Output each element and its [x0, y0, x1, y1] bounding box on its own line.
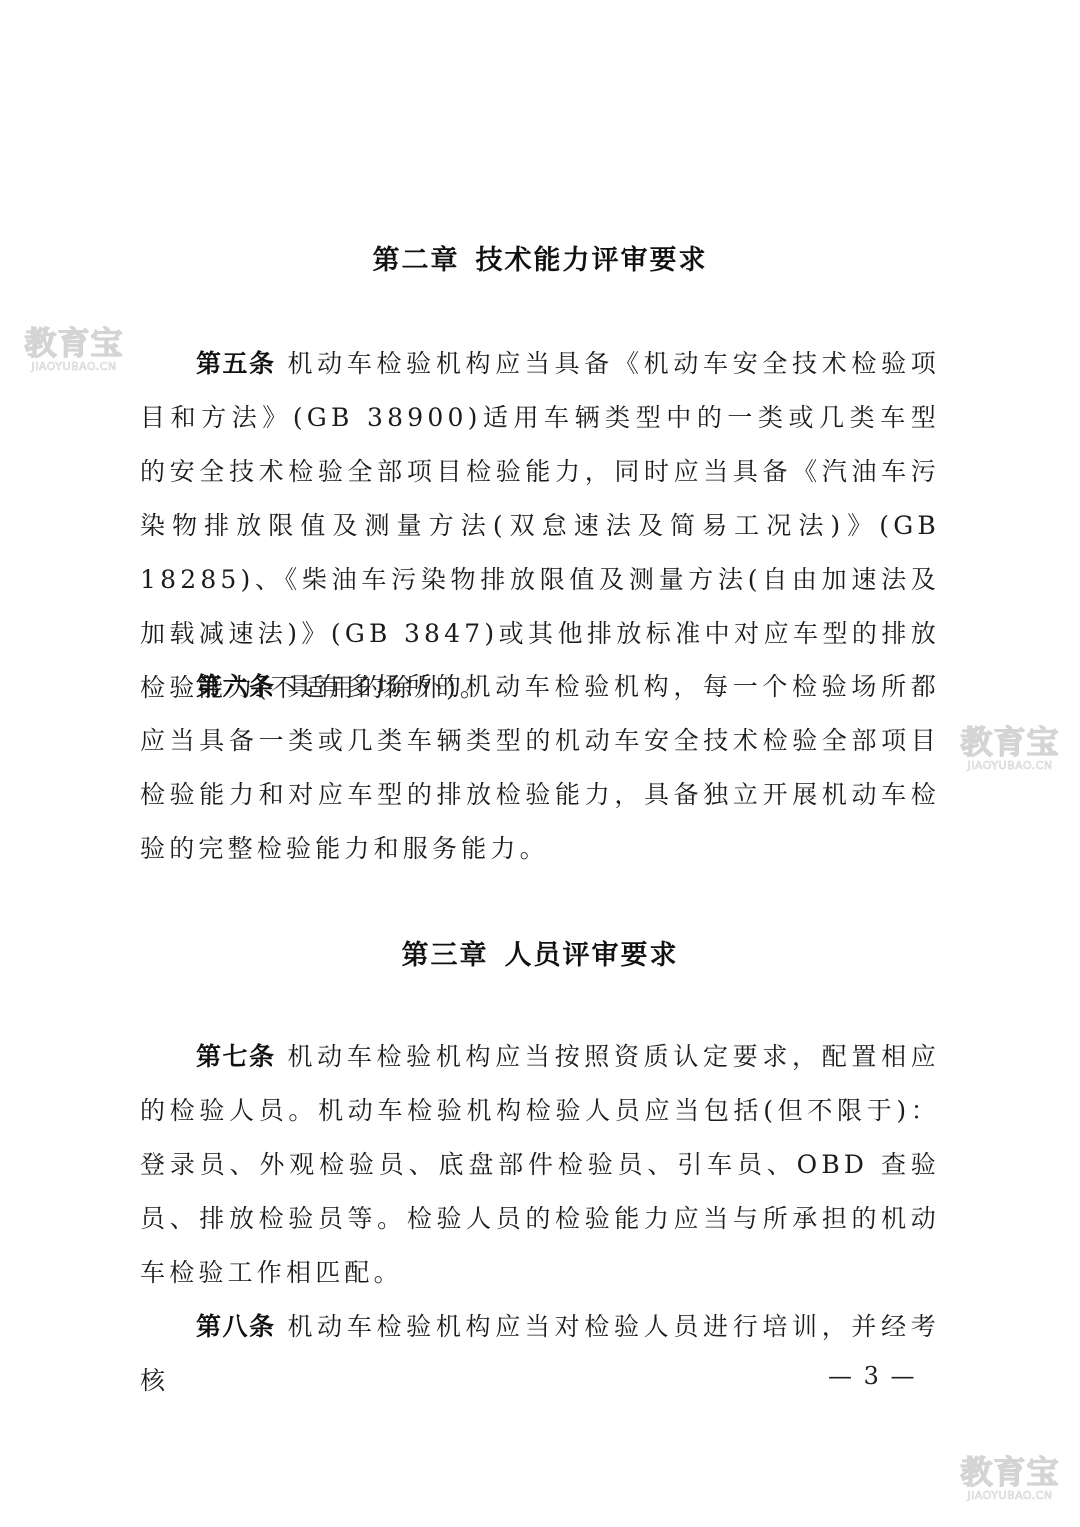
article-label: 第五条 — [196, 349, 275, 378]
document-page: 教育宝 JIAOYUBAO.CN 教育宝 JIAOYUBAO.CN 教育宝 JI… — [0, 0, 1080, 1527]
page-number: — 3 — — [828, 1362, 917, 1390]
watermark-url: JIAOYUBAO.CN — [940, 759, 1080, 772]
article-6: 第六条具有多场所的机动车检验机构，每一个检验场所都应当具备一类或几类车辆类型的机… — [140, 660, 940, 876]
watermark-left: 教育宝 JIAOYUBAO.CN — [4, 326, 144, 373]
article-5: 第五条机动车检验机构应当具备《机动车安全技术检验项目和方法》(GB 38900)… — [140, 337, 940, 715]
chapter-heading-3: 第三章人员评审要求 — [0, 933, 1080, 972]
watermark-url: JIAOYUBAO.CN — [4, 360, 144, 373]
article-7: 第七条机动车检验机构应当按照资质认定要求，配置相应的检验人员。机动车检验机构检验… — [140, 1030, 940, 1300]
article-label: 第八条 — [196, 1312, 275, 1341]
watermark-right: 教育宝 JIAOYUBAO.CN — [940, 725, 1080, 772]
article-text: 机动车检验机构应当具备《机动车安全技术检验项目和方法》(GB 38900)适用车… — [140, 349, 940, 702]
chapter-number: 第三章 — [402, 940, 489, 971]
article-label: 第七条 — [196, 1042, 275, 1071]
chapter-heading-2: 第二章技术能力评审要求 — [0, 238, 1080, 277]
chapter-title: 人员评审要求 — [505, 940, 679, 971]
watermark-url: JIAOYUBAO.CN — [940, 1489, 1080, 1502]
watermark-logo-text: 教育宝 — [940, 1455, 1080, 1489]
watermark-logo-text: 教育宝 — [4, 326, 144, 360]
article-label: 第六条 — [196, 672, 275, 701]
watermark-logo-text: 教育宝 — [940, 725, 1080, 759]
article-8: 第八条机动车检验机构应当对检验人员进行培训，并经考核 — [140, 1300, 940, 1408]
chapter-number: 第二章 — [373, 245, 460, 276]
article-text: 机动车检验机构应当按照资质认定要求，配置相应的检验人员。机动车检验机构检验人员应… — [140, 1042, 940, 1287]
chapter-title: 技术能力评审要求 — [476, 245, 708, 276]
watermark-bottom-right: 教育宝 JIAOYUBAO.CN — [940, 1455, 1080, 1502]
